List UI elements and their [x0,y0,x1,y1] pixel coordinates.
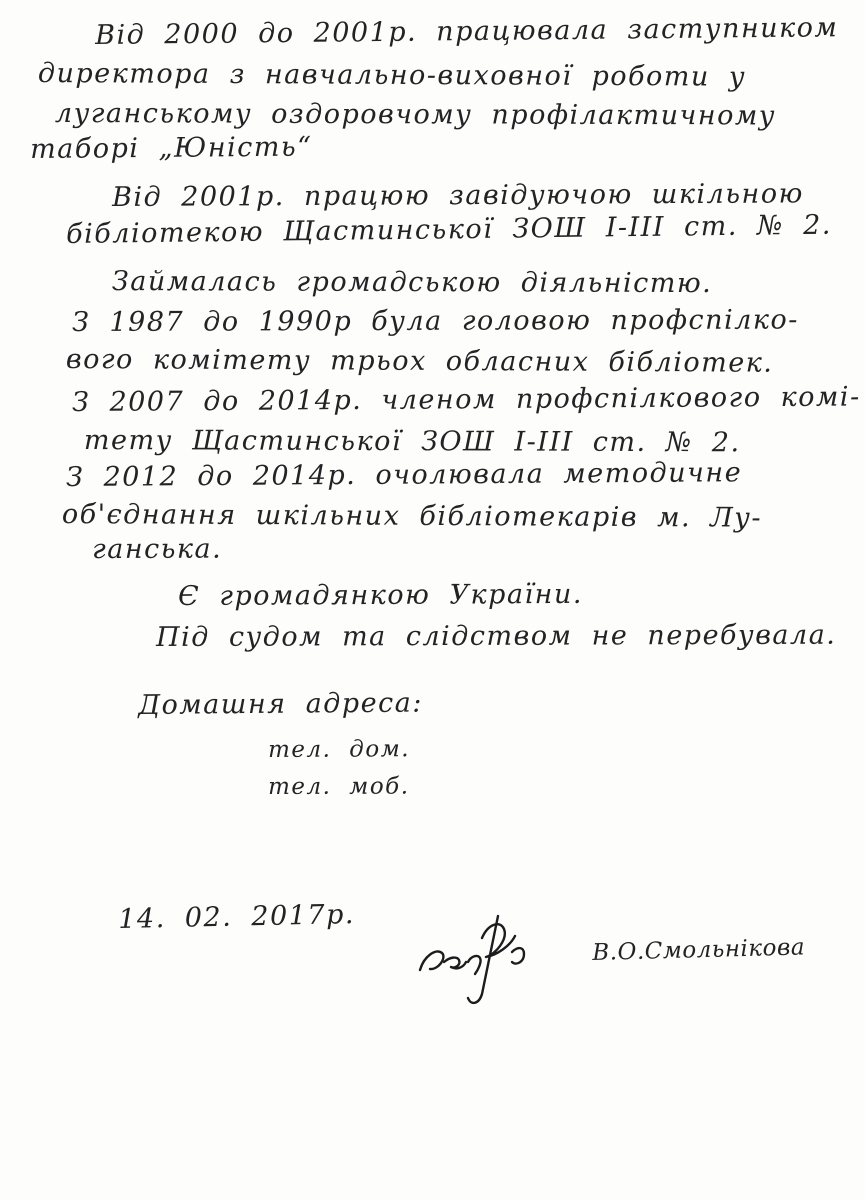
handwritten-line: Під судом та слідством не перебувала. [156,620,836,653]
date-line: 14. 02. 2017р. [118,899,355,935]
handwritten-line: ганська. [92,534,222,565]
handwritten-line: об'єднання шкільних бібліотекарів м. Лу- [62,499,762,534]
signature-name: В.О.Смольнікова [592,934,805,966]
handwritten-line: З 1987 до 1990р була головою профспілко- [72,304,799,338]
handwritten-line: Є громадянкою України. [178,579,583,612]
handwritten-line: Займалась громадською діяльністю. [112,266,712,299]
signature [412,912,547,1016]
handwritten-line: таборі „Юність“ [30,132,313,165]
handwritten-line: луганському оздоровчому профілактичному [55,98,776,132]
handwritten-line: тету Щастинської ЗОШ І-ІІІ ст. № 2. [84,425,741,458]
handwritten-line: директора з навчально-виховної роботи у [38,58,746,93]
handwritten-line: вого комітету трьох обласних бібліотек. [66,344,774,379]
handwritten-line: бібліотекою Щастинської ЗОШ І-ІІІ ст. № … [66,210,832,250]
handwritten-line: Від 2000 до 2001р. працювала заступником [95,12,838,51]
phone-mobile-label: тел. моб. [268,774,410,800]
handwritten-line: З 2007 до 2014р. членом профспілкового к… [72,381,861,418]
handwritten-line: Від 2001р. працюю завідуючою шкільною [112,178,804,213]
home-address-label: Домашня адреса: [138,688,423,721]
scanned-page: Від 2000 до 2001р. працювала заступником… [0,0,865,1200]
signature-stroke [412,912,547,1012]
phone-home-label: тел. дом. [268,736,410,763]
handwritten-line: З 2012 до 2014р. очолювала методичне [66,457,742,493]
